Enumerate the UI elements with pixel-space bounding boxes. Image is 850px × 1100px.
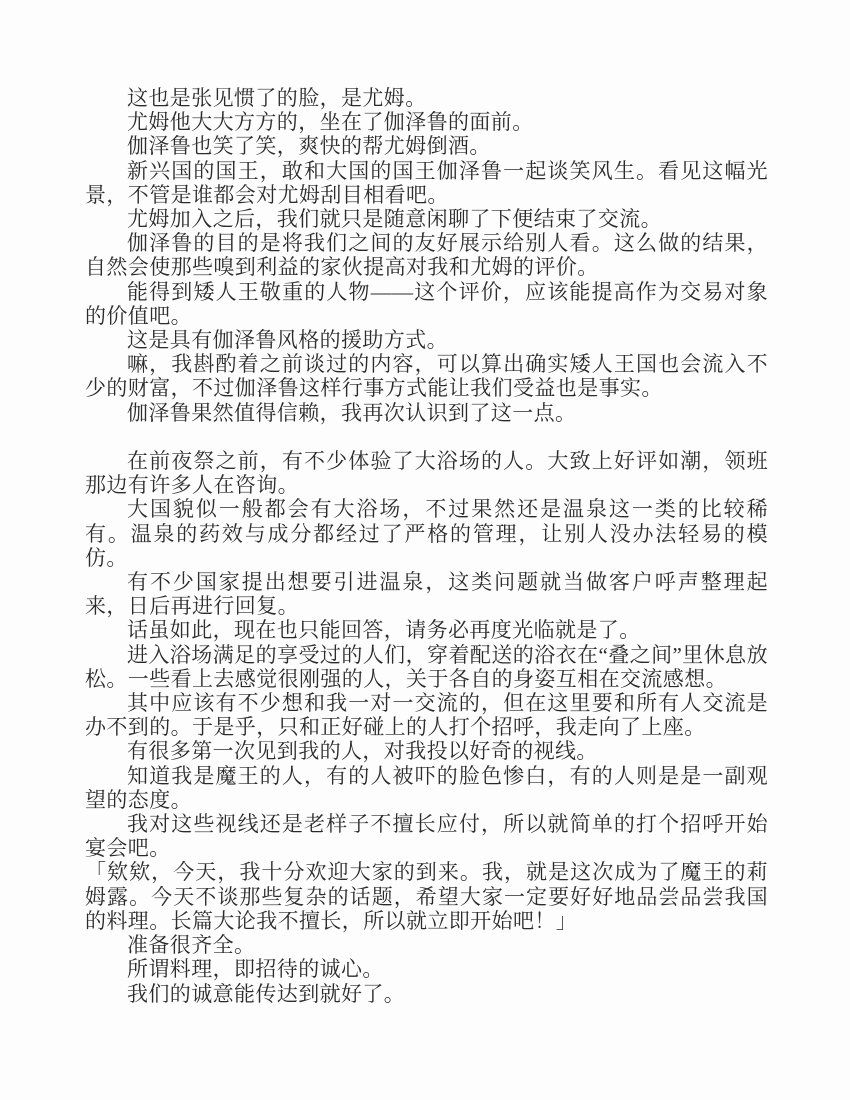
paragraph: 能得到矮人王敬重的人物——这个评价，应该能提高作为交易对象的价值吧。 [85, 280, 768, 328]
dialogue-paragraph: 「欸欸，今天，我十分欢迎大家的到来。我，就是这次成为了魔王的莉姆露。今天不谈那些… [85, 860, 768, 933]
paragraph: 新兴国的国王，敢和大国的国王伽泽鲁一起谈笑风生。看见这幅光景，不管是谁都会对尤姆… [85, 159, 768, 207]
paragraph: 伽泽鲁也笑了笑，爽快的帮尤姆倒酒。 [85, 134, 768, 158]
paragraph: 我们的诚意能传达到就好了。 [85, 982, 768, 1006]
paragraph: 有不少国家提出想要引进温泉，这类问题就当做客户呼声整理起来，日后再进行回复。 [85, 570, 768, 618]
paragraph: 知道我是魔王的人，有的人被吓的脸色惨白，有的人则是是一副观望的态度。 [85, 764, 768, 812]
paragraph: 我对这些视线还是老样子不擅长应付，所以就简单的打个招呼开始宴会吧。 [85, 812, 768, 860]
paragraph: 所谓料理，即招待的诚心。 [85, 957, 768, 981]
paragraph: 其中应该有不少想和我一对一交流的，但在这里要和所有人交流是办不到的。于是乎，只和… [85, 691, 768, 739]
paragraph: 准备很齐全。 [85, 933, 768, 957]
paragraph: 伽泽鲁果然值得信赖，我再次认识到了这一点。 [85, 401, 768, 425]
paragraph: 尤姆他大大方方的，坐在了伽泽鲁的面前。 [85, 110, 768, 134]
paragraph: 尤姆加入之后，我们就只是随意闲聊了下便结束了交流。 [85, 207, 768, 231]
paragraph: 在前夜祭之前，有不少体验了大浴场的人。大致上好评如潮，领班那边有许多人在咨询。 [85, 449, 768, 497]
paragraph: 嘛，我斟酌着之前谈过的内容，可以算出确实矮人王国也会流入不少的财富，不过伽泽鲁这… [85, 352, 768, 400]
paragraph: 有很多第一次见到我的人，对我投以好奇的视线。 [85, 739, 768, 763]
paragraph: 这也是张见惯了的脸，是尤姆。 [85, 86, 768, 110]
paragraph: 伽泽鲁的目的是将我们之间的友好展示给别人看。这么做的结果，自然会使那些嗅到利益的… [85, 231, 768, 279]
paragraph: 这是具有伽泽鲁风格的援助方式。 [85, 328, 768, 352]
paragraph: 进入浴场满足的享受过的人们，穿着配送的浴衣在“叠之间”里休息放松。一些看上去感觉… [85, 643, 768, 691]
paragraph-spacer [85, 425, 768, 449]
text-body: 这也是张见惯了的脸，是尤姆。 尤姆他大大方方的，坐在了伽泽鲁的面前。 伽泽鲁也笑… [85, 86, 768, 1006]
novel-page: 这也是张见惯了的脸，是尤姆。 尤姆他大大方方的，坐在了伽泽鲁的面前。 伽泽鲁也笑… [0, 0, 850, 1100]
paragraph: 话虽如此，现在也只能回答，请务必再度光临就是了。 [85, 618, 768, 642]
paragraph: 大国貌似一般都会有大浴场，不过果然还是温泉这一类的比较稀有。温泉的药效与成分都经… [85, 497, 768, 570]
